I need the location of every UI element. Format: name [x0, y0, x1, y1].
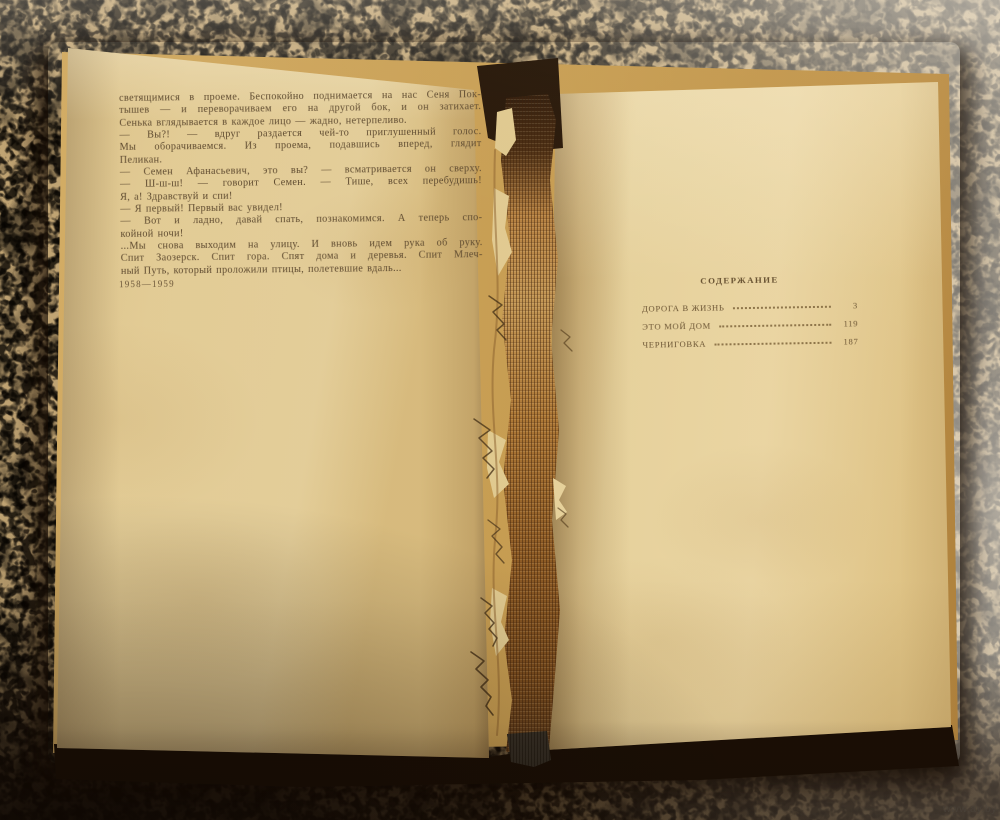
table-of-contents: СОДЕРЖАНИЕ ДОРОГА В ЖИЗНЬ 3 ЭТО МОЙ ДОМ … — [641, 273, 858, 349]
dot-leader — [733, 306, 831, 310]
dot-leader — [719, 324, 831, 328]
contents-entries: ДОРОГА В ЖИЗНЬ 3 ЭТО МОЙ ДОМ 119 ЧЕРНИГО… — [642, 292, 859, 349]
watermark: www.ay.by — [943, 803, 997, 815]
contents-entry: ЧЕРНИГОВКА 187 — [642, 328, 858, 349]
dot-leader — [714, 342, 831, 346]
date-range: 1958—1959 — [119, 279, 175, 290]
chapter-title: ДОРОГА В ЖИЗНЬ — [642, 302, 725, 313]
contents-title: СОДЕРЖАНИЕ — [631, 273, 847, 286]
photo-open-book-on-counter: светящимися в проеме. Беспокойно поднима… — [0, 0, 1000, 820]
page-number: 3 — [836, 300, 858, 310]
page-number: 187 — [836, 336, 858, 346]
text-line: ный Путь, который проложили птицы, полет… — [121, 262, 483, 278]
chapter-title: ЭТО МОЙ ДОМ — [642, 321, 711, 332]
page-number: 119 — [836, 318, 858, 328]
left-page-text: светящимися в проеме. Беспокойно поднима… — [119, 89, 483, 278]
chapter-title: ЧЕРНИГОВКА — [642, 339, 706, 350]
